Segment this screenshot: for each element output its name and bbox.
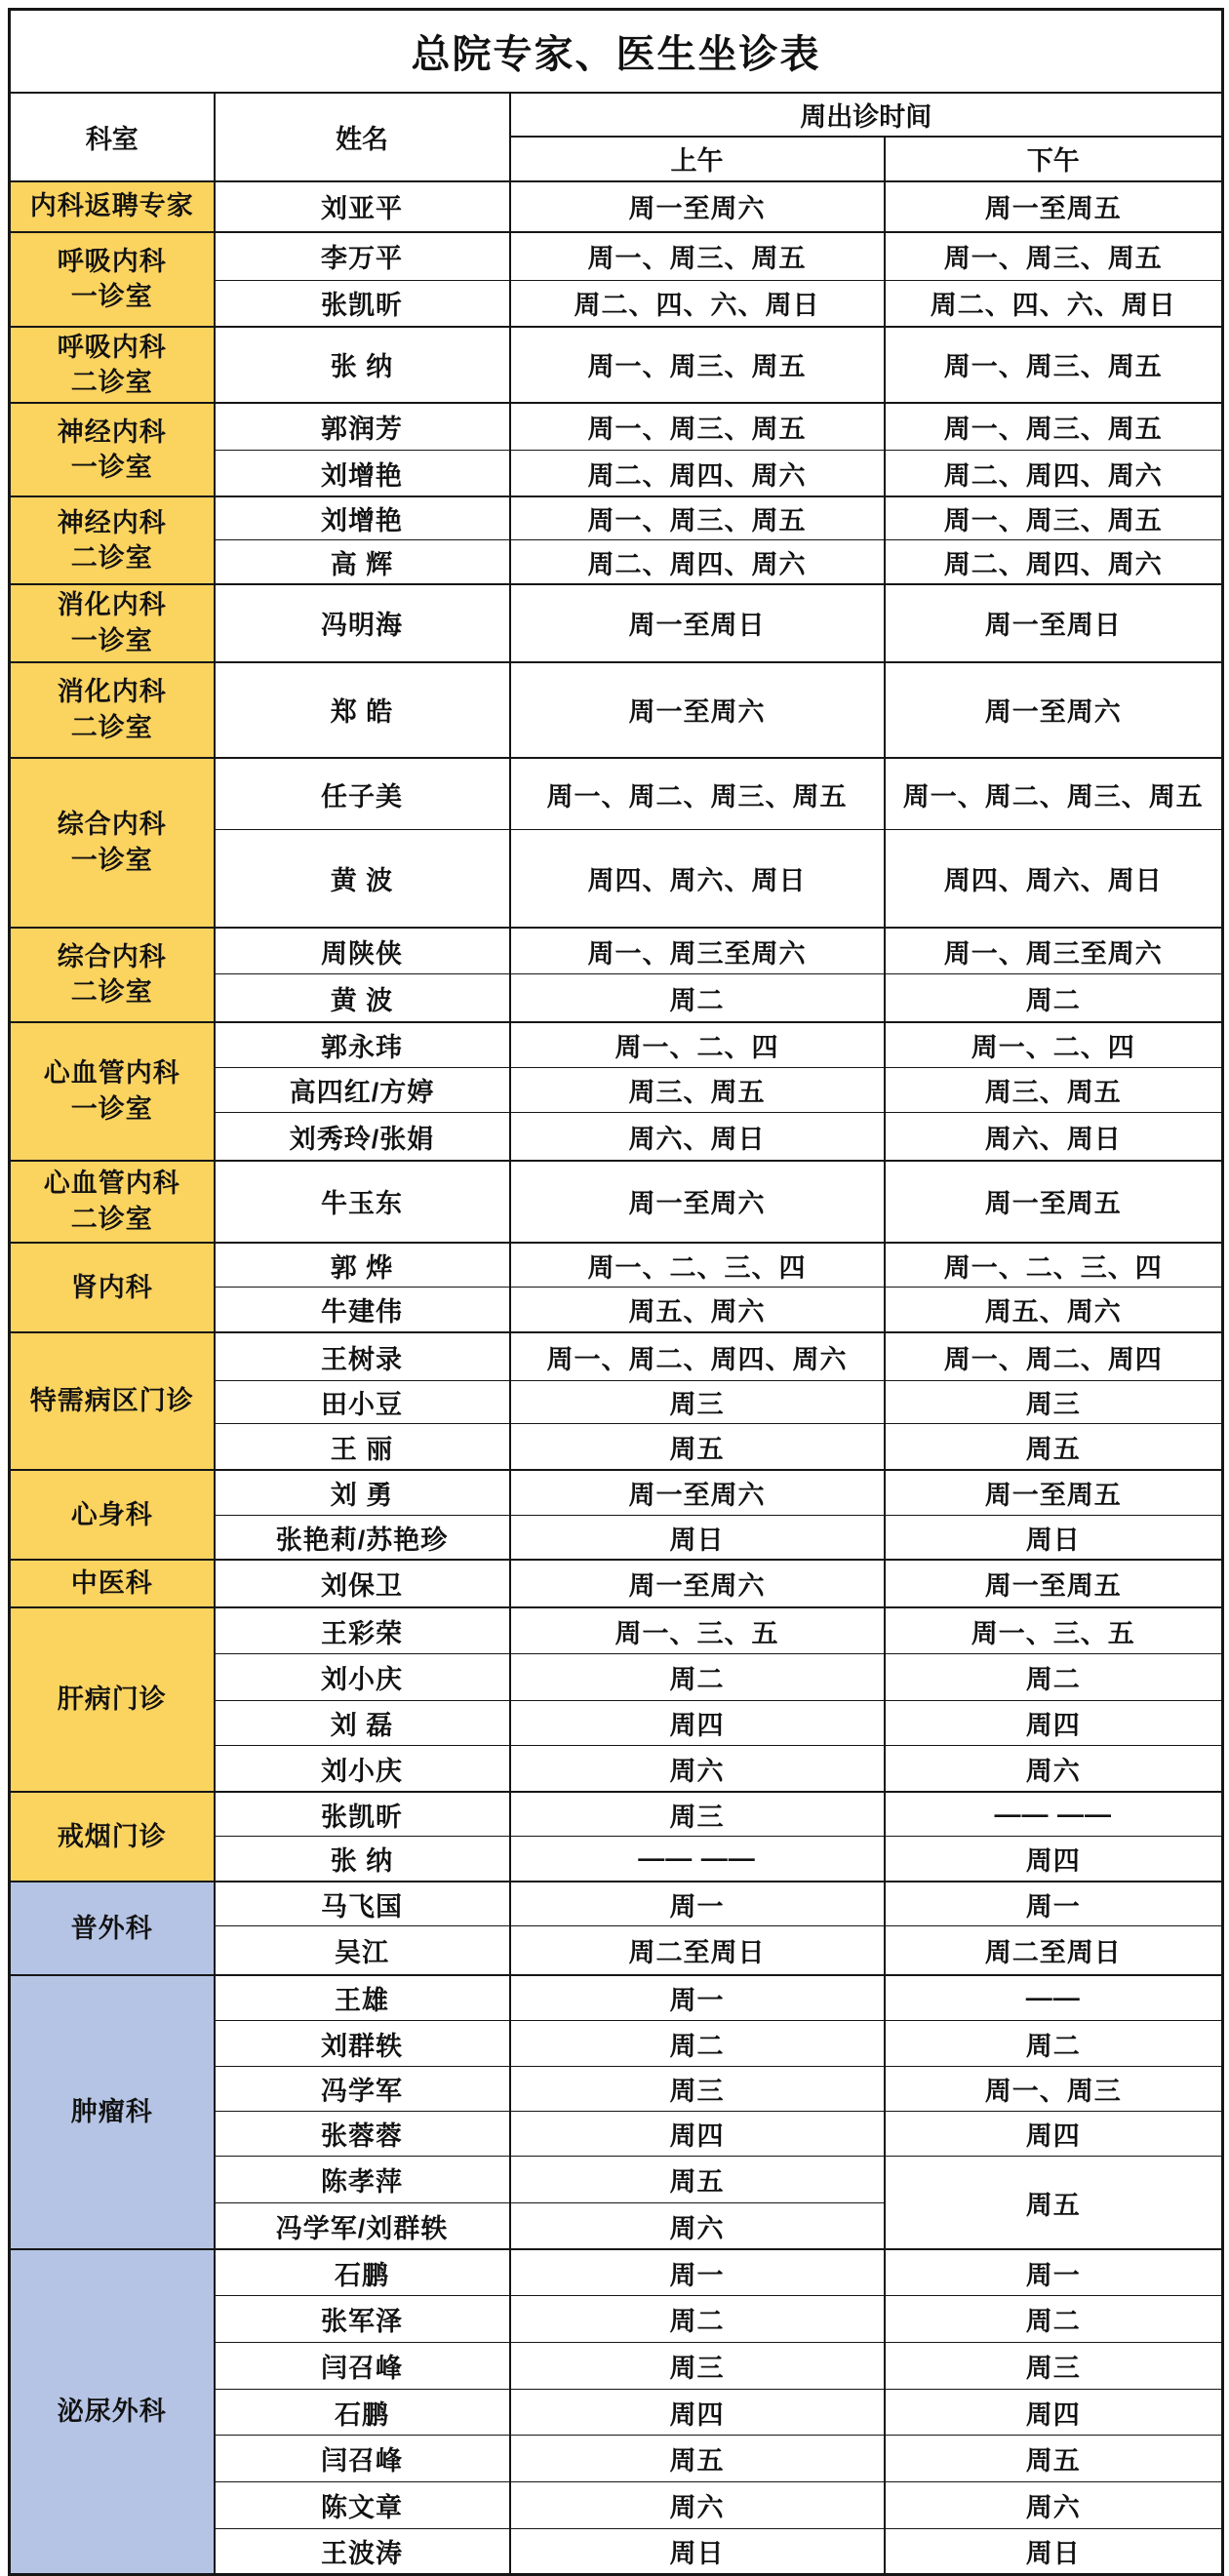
table-row: 中医科刘保卫周一至周六周一至周五: [10, 1560, 1223, 1607]
doctor-name-cell: 郭润芳: [215, 403, 510, 450]
dept-cell: 心身科: [10, 1470, 215, 1560]
am-schedule-cell: 周一、三、五: [510, 1607, 885, 1654]
am-schedule-cell: 周二: [510, 2021, 885, 2067]
doctor-name-cell: 王树录: [215, 1332, 510, 1381]
dept-cell: 肝病门诊: [10, 1607, 215, 1792]
am-schedule-cell: 周三: [510, 2343, 885, 2390]
doctor-name-cell: 吴江: [215, 1926, 510, 1975]
am-schedule-cell: 周三: [510, 2067, 885, 2112]
dept-cell: 心血管内科 二诊室: [10, 1161, 215, 1243]
dept-cell: 消化内科 二诊室: [10, 662, 215, 758]
doctor-name-cell: 石鹏: [215, 2249, 510, 2296]
am-schedule-cell: 周一至周六: [510, 181, 885, 232]
am-schedule-cell: 周五: [510, 2157, 885, 2203]
title-row: 总院专家、医生坐诊表: [10, 10, 1223, 93]
column-header-week: 周出诊时间: [510, 93, 1223, 137]
dept-cell: 综合内科 二诊室: [10, 928, 215, 1022]
pm-schedule-cell: 周二、周四、周六: [885, 450, 1223, 496]
am-schedule-cell: 周四: [510, 2112, 885, 2157]
dept-cell: 中医科: [10, 1560, 215, 1607]
pm-schedule-cell: 周三: [885, 2343, 1223, 2390]
doctor-name-cell: 张 纳: [215, 327, 510, 404]
doctor-name-cell: 石鹏: [215, 2390, 510, 2436]
table-row: 肾内科郭 烨周一、二、三、四周一、二、三、四: [10, 1243, 1223, 1288]
am-schedule-cell: 周一、周三、周五: [510, 327, 885, 404]
table-row: 呼吸内科 二诊室张 纳周一、周三、周五周一、周三、周五: [10, 327, 1223, 404]
table-row: 综合内科 一诊室任子美周一、周二、周三、周五周一、周二、周三、周五: [10, 758, 1223, 830]
doctor-name-cell: 牛玉东: [215, 1161, 510, 1243]
pm-schedule-cell: 周六、周日: [885, 1113, 1223, 1161]
table-row: 泌尿外科石鹏周一周一: [10, 2249, 1223, 2296]
doctor-name-cell: 王波涛: [215, 2529, 510, 2575]
page-title: 总院专家、医生坐诊表: [10, 10, 1223, 93]
pm-schedule-cell: 周二: [885, 974, 1223, 1022]
am-schedule-cell: 周一至周六: [510, 1470, 885, 1516]
pm-schedule-cell: 周五、周六: [885, 1288, 1223, 1332]
table-row: 心血管内科 二诊室牛玉东周一至周六周一至周五: [10, 1161, 1223, 1243]
table-row: 呼吸内科 一诊室李万平周一、周三、周五周一、周三、周五: [10, 232, 1223, 281]
doctor-name-cell: 任子美: [215, 758, 510, 830]
dept-cell: 综合内科 一诊室: [10, 758, 215, 928]
pm-schedule-cell: 周一、周三、周五: [885, 496, 1223, 540]
am-schedule-cell: 周五: [510, 1424, 885, 1470]
table-row: 心身科刘 勇周一至周六周一至周五: [10, 1470, 1223, 1516]
doctor-name-cell: 陈孝萍: [215, 2157, 510, 2203]
am-schedule-cell: 周一至周六: [510, 1161, 885, 1243]
pm-schedule-cell: 周一、周三、周五: [885, 403, 1223, 450]
pm-schedule-cell: 周一: [885, 1882, 1223, 1926]
am-schedule-cell: 周二、周四、周六: [510, 540, 885, 584]
am-schedule-cell: 周一、周二、周三、周五: [510, 758, 885, 830]
schedule-table: 总院专家、医生坐诊表 科室 姓名 周出诊时间 上午 下午 内科返聘专家刘亚平周一…: [8, 8, 1224, 2576]
dept-cell: 普外科: [10, 1882, 215, 1975]
header-row-1: 科室 姓名 周出诊时间: [10, 93, 1223, 137]
doctor-name-cell: 刘亚平: [215, 181, 510, 232]
doctor-name-cell: 刘秀玲/张娟: [215, 1113, 510, 1161]
doctor-name-cell: 刘小庆: [215, 1746, 510, 1792]
table-row: 戒烟门诊张凯昕周三—— ——: [10, 1792, 1223, 1837]
dept-cell: 戒烟门诊: [10, 1792, 215, 1882]
am-schedule-cell: 周一: [510, 1882, 885, 1926]
column-header-name: 姓名: [215, 93, 510, 181]
doctor-name-cell: 张艳莉/苏艳珍: [215, 1516, 510, 1560]
doctor-name-cell: 冯明海: [215, 584, 510, 662]
doctor-name-cell: 王雄: [215, 1975, 510, 2021]
table-row: 神经内科 一诊室郭润芳周一、周三、周五周一、周三、周五: [10, 403, 1223, 450]
table-row: 肝病门诊王彩荣周一、三、五周一、三、五: [10, 1607, 1223, 1654]
pm-schedule-cell: 周二、四、六、周日: [885, 281, 1223, 327]
pm-schedule-cell: 周二: [885, 1654, 1223, 1701]
pm-schedule-cell: 周日: [885, 1516, 1223, 1560]
dept-cell: 呼吸内科 一诊室: [10, 232, 215, 327]
pm-schedule-cell: 周一、周三、周五: [885, 232, 1223, 281]
pm-schedule-cell: 周日: [885, 2529, 1223, 2575]
pm-schedule-cell: 周三、周五: [885, 1068, 1223, 1113]
doctor-name-cell: 张凯昕: [215, 281, 510, 327]
am-schedule-cell: 周五、周六: [510, 1288, 885, 1332]
pm-schedule-cell: 周五: [885, 1424, 1223, 1470]
doctor-name-cell: 黄 波: [215, 974, 510, 1022]
pm-schedule-cell: 周一、周三、周五: [885, 327, 1223, 404]
am-schedule-cell: 周一、周三、周五: [510, 403, 885, 450]
pm-schedule-cell: 周二: [885, 2021, 1223, 2067]
pm-schedule-cell: —— ——: [885, 1792, 1223, 1837]
doctor-name-cell: 刘群轶: [215, 2021, 510, 2067]
am-schedule-cell: 周一至周六: [510, 662, 885, 758]
doctor-name-cell: 陈文章: [215, 2482, 510, 2529]
pm-schedule-cell: 周一、三、五: [885, 1607, 1223, 1654]
doctor-name-cell: 高 辉: [215, 540, 510, 584]
pm-schedule-cell: 周四: [885, 2112, 1223, 2157]
am-schedule-cell: 周三、周五: [510, 1068, 885, 1113]
am-schedule-cell: 周一至周日: [510, 584, 885, 662]
doctor-name-cell: 马飞国: [215, 1882, 510, 1926]
column-header-am: 上午: [510, 137, 885, 181]
dept-cell: 神经内科 二诊室: [10, 496, 215, 584]
doctor-name-cell: 张凯昕: [215, 1792, 510, 1837]
pm-schedule-cell: 周六: [885, 1746, 1223, 1792]
am-schedule-cell: 周二: [510, 1654, 885, 1701]
doctor-name-cell: 刘保卫: [215, 1560, 510, 1607]
pm-schedule-cell: 周一、周三至周六: [885, 928, 1223, 974]
pm-schedule-cell: 周一、周二、周三、周五: [885, 758, 1223, 830]
doctor-name-cell: 田小豆: [215, 1381, 510, 1424]
doctor-name-cell: 郭 烨: [215, 1243, 510, 1288]
dept-cell: 内科返聘专家: [10, 181, 215, 232]
am-schedule-cell: 周一、二、三、四: [510, 1243, 885, 1288]
doctor-name-cell: 冯学军: [215, 2067, 510, 2112]
am-schedule-cell: 周六: [510, 2203, 885, 2249]
doctor-name-cell: 张蓉蓉: [215, 2112, 510, 2157]
table-row: 内科返聘专家刘亚平周一至周六周一至周五: [10, 181, 1223, 232]
doctor-name-cell: 刘小庆: [215, 1654, 510, 1701]
table-row: 心血管内科 一诊室郭永玮周一、二、四周一、二、四: [10, 1022, 1223, 1068]
doctor-name-cell: 刘 勇: [215, 1470, 510, 1516]
am-schedule-cell: 周一、周三至周六: [510, 928, 885, 974]
am-schedule-cell: 周五: [510, 2436, 885, 2482]
am-schedule-cell: 周二至周日: [510, 1926, 885, 1975]
pm-schedule-cell: 周一至周日: [885, 584, 1223, 662]
dept-cell: 肾内科: [10, 1243, 215, 1332]
pm-schedule-cell: 周四: [885, 1701, 1223, 1746]
table-row: 普外科马飞国周一周一: [10, 1882, 1223, 1926]
dept-cell: 神经内科 一诊室: [10, 403, 215, 496]
table-row: 特需病区门诊王树录周一、周二、周四、周六周一、周二、周四: [10, 1332, 1223, 1381]
pm-schedule-cell: 周四: [885, 1837, 1223, 1882]
doctor-name-cell: 刘 磊: [215, 1701, 510, 1746]
doctor-name-cell: 李万平: [215, 232, 510, 281]
am-schedule-cell: 周一、周二、周四、周六: [510, 1332, 885, 1381]
doctor-name-cell: 闫召峰: [215, 2343, 510, 2390]
pm-schedule-cell: 周一至周五: [885, 1470, 1223, 1516]
table-row: 肿瘤科王雄周一——: [10, 1975, 1223, 2021]
am-schedule-cell: 周一: [510, 2249, 885, 2296]
doctor-name-cell: 牛建伟: [215, 1288, 510, 1332]
pm-schedule-cell: 周五: [885, 2436, 1223, 2482]
column-header-pm: 下午: [885, 137, 1223, 181]
am-schedule-cell: 周四、周六、周日: [510, 830, 885, 928]
pm-schedule-cell: 周二、周四、周六: [885, 540, 1223, 584]
am-schedule-cell: 周四: [510, 1701, 885, 1746]
dept-cell: 肿瘤科: [10, 1975, 215, 2249]
dept-cell: 消化内科 一诊室: [10, 584, 215, 662]
doctor-name-cell: 刘增艳: [215, 450, 510, 496]
pm-schedule-cell: 周一至周五: [885, 1560, 1223, 1607]
pm-schedule-cell: 周三: [885, 1381, 1223, 1424]
pm-schedule-cell: 周一、周三: [885, 2067, 1223, 2112]
am-schedule-cell: 周日: [510, 2529, 885, 2575]
am-schedule-cell: 周一、周三、周五: [510, 496, 885, 540]
pm-schedule-cell: 周一至周五: [885, 1161, 1223, 1243]
am-schedule-cell: —— ——: [510, 1837, 885, 1882]
doctor-name-cell: 刘增艳: [215, 496, 510, 540]
pm-schedule-cell: 周六: [885, 2482, 1223, 2529]
pm-schedule-cell: ——: [885, 1975, 1223, 2021]
am-schedule-cell: 周六: [510, 1746, 885, 1792]
dept-cell: 呼吸内科 二诊室: [10, 327, 215, 404]
doctor-name-cell: 郭永玮: [215, 1022, 510, 1068]
doctor-name-cell: 冯学军/刘群轶: [215, 2203, 510, 2249]
pm-schedule-cell: 周五: [885, 2157, 1223, 2249]
pm-schedule-cell: 周一至周五: [885, 181, 1223, 232]
am-schedule-cell: 周一: [510, 1975, 885, 2021]
pm-schedule-cell: 周一、二、四: [885, 1022, 1223, 1068]
am-schedule-cell: 周三: [510, 1792, 885, 1837]
doctor-name-cell: 王 丽: [215, 1424, 510, 1470]
doctor-name-cell: 王彩荣: [215, 1607, 510, 1654]
pm-schedule-cell: 周二: [885, 2296, 1223, 2343]
table-row: 神经内科 二诊室刘增艳周一、周三、周五周一、周三、周五: [10, 496, 1223, 540]
doctor-name-cell: 黄 波: [215, 830, 510, 928]
schedule-page: 总院专家、医生坐诊表 科室 姓名 周出诊时间 上午 下午 内科返聘专家刘亚平周一…: [0, 0, 1229, 2573]
table-body: 内科返聘专家刘亚平周一至周六周一至周五呼吸内科 一诊室李万平周一、周三、周五周一…: [10, 181, 1223, 2575]
dept-cell: 特需病区门诊: [10, 1332, 215, 1470]
pm-schedule-cell: 周一、二、三、四: [885, 1243, 1223, 1288]
am-schedule-cell: 周日: [510, 1516, 885, 1560]
am-schedule-cell: 周二、四、六、周日: [510, 281, 885, 327]
am-schedule-cell: 周六、周日: [510, 1113, 885, 1161]
pm-schedule-cell: 周一: [885, 2249, 1223, 2296]
pm-schedule-cell: 周二至周日: [885, 1926, 1223, 1975]
pm-schedule-cell: 周四、周六、周日: [885, 830, 1223, 928]
column-header-dept: 科室: [10, 93, 215, 181]
doctor-name-cell: 高四红/方婷: [215, 1068, 510, 1113]
table-row: 消化内科 二诊室郑 皓周一至周六周一至周六: [10, 662, 1223, 758]
table-row: 综合内科 二诊室周陕侠周一、周三至周六周一、周三至周六: [10, 928, 1223, 974]
doctor-name-cell: 张 纳: [215, 1837, 510, 1882]
am-schedule-cell: 周二、周四、周六: [510, 450, 885, 496]
table-row: 消化内科 一诊室冯明海周一至周日周一至周日: [10, 584, 1223, 662]
am-schedule-cell: 周一、二、四: [510, 1022, 885, 1068]
am-schedule-cell: 周一至周六: [510, 1560, 885, 1607]
am-schedule-cell: 周六: [510, 2482, 885, 2529]
am-schedule-cell: 周三: [510, 1381, 885, 1424]
doctor-name-cell: 张军泽: [215, 2296, 510, 2343]
pm-schedule-cell: 周一、周二、周四: [885, 1332, 1223, 1381]
doctor-name-cell: 周陕侠: [215, 928, 510, 974]
doctor-name-cell: 郑 皓: [215, 662, 510, 758]
pm-schedule-cell: 周一至周六: [885, 662, 1223, 758]
pm-schedule-cell: 周四: [885, 2390, 1223, 2436]
dept-cell: 泌尿外科: [10, 2249, 215, 2575]
am-schedule-cell: 周二: [510, 2296, 885, 2343]
am-schedule-cell: 周四: [510, 2390, 885, 2436]
am-schedule-cell: 周二: [510, 974, 885, 1022]
am-schedule-cell: 周一、周三、周五: [510, 232, 885, 281]
table-header: 总院专家、医生坐诊表 科室 姓名 周出诊时间 上午 下午: [10, 10, 1223, 181]
doctor-name-cell: 闫召峰: [215, 2436, 510, 2482]
dept-cell: 心血管内科 一诊室: [10, 1022, 215, 1161]
